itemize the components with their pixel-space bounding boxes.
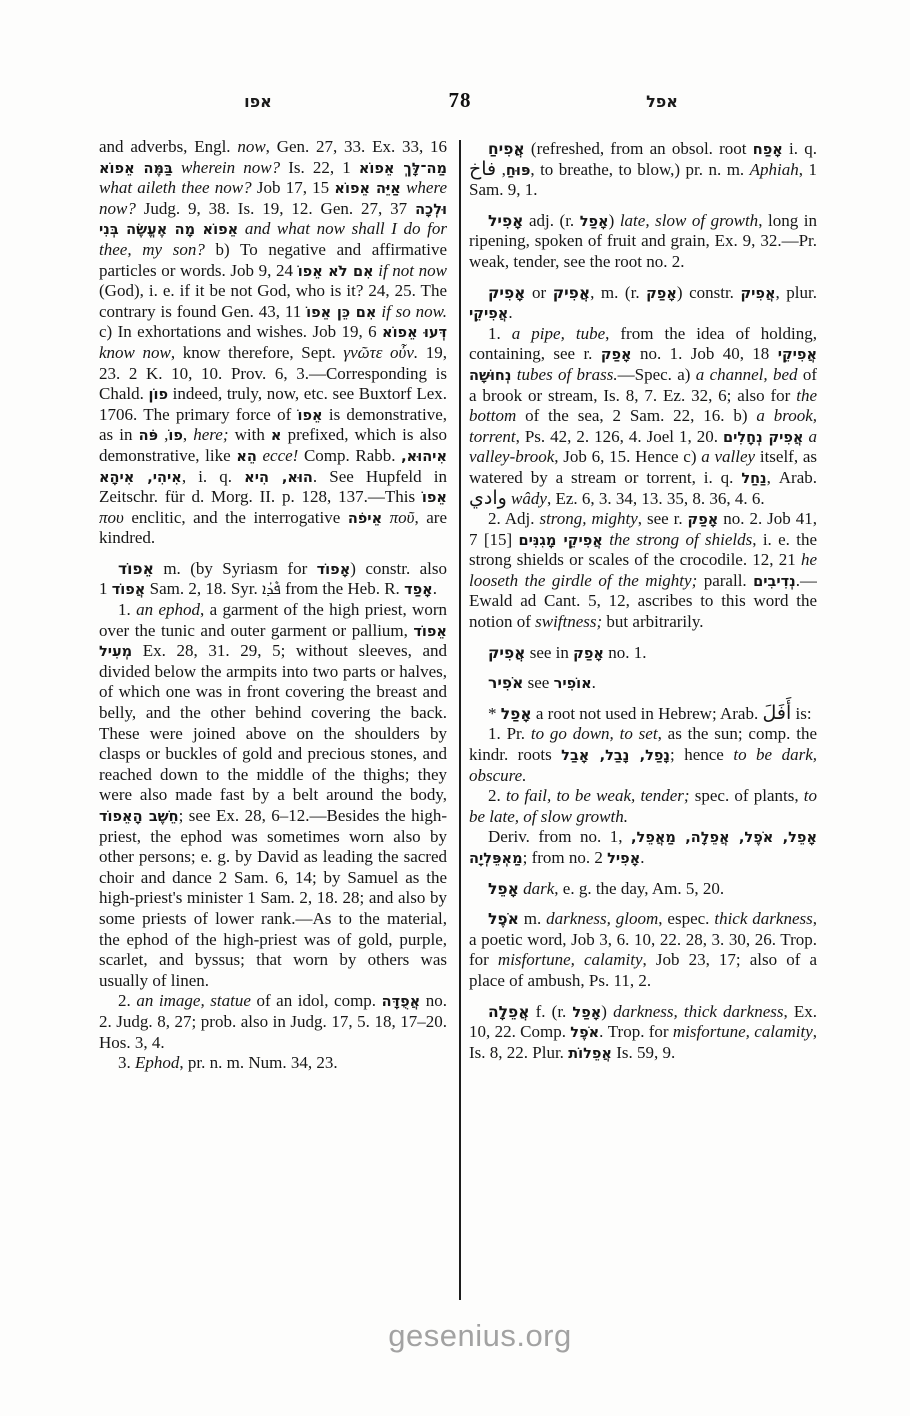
italic-text: to go down, to set: [531, 724, 658, 743]
text: ,: [158, 425, 168, 444]
text: or: [525, 283, 552, 302]
text: , Job 6, 15. Hence c): [554, 447, 701, 466]
hebrew-text: אָפַח: [753, 142, 783, 158]
hebrew-headword: אֲפִיק: [488, 644, 525, 662]
text: , espec.: [658, 909, 714, 928]
hebrew-text: אֲפִיקֵי מָגִנִּים: [519, 533, 603, 549]
hebrew-text: אֲפִיקֵי: [469, 306, 508, 322]
text: from the Heb. R.: [281, 579, 404, 598]
text: ; hence: [670, 745, 733, 764]
text: Ex. 28, 31. 29, 5; without sleeves, and …: [99, 641, 447, 804]
hebrew-text: אֵפוֹ: [422, 490, 447, 506]
text: 3.: [118, 1053, 135, 1072]
text: c) In exhortations and wishes. Job 19, 6: [99, 322, 382, 341]
text: ): [609, 211, 620, 230]
text: , Arab.: [767, 468, 817, 487]
text: m. (by Syriasm for: [154, 559, 317, 578]
text: [173, 158, 181, 177]
italic-text: darkness, gloom: [546, 909, 658, 928]
text: with: [229, 425, 271, 444]
running-head-left: אפו: [208, 92, 308, 111]
text: see in: [525, 643, 573, 662]
hebrew-text: אוֹפִיר: [554, 676, 592, 692]
hebrew-text: דְּעוּ אֵפוֹא: [382, 325, 447, 341]
italic-text: Ephod: [135, 1053, 179, 1072]
text: is:: [791, 704, 811, 723]
hebrew-headword: אֲפֵלָה: [488, 1003, 530, 1021]
text: 1. Pr.: [488, 724, 531, 743]
hebrew-text: אָפַק: [573, 646, 604, 662]
hebrew-text: אָפַד: [404, 582, 433, 598]
italic-text: swiftness;: [535, 612, 602, 631]
paragraph: 1. an ephod, a garment of the high pries…: [99, 600, 447, 991]
italic-text: dark: [523, 879, 554, 898]
italic-text: misfortune, calamity: [673, 1022, 813, 1041]
hebrew-text: אָפַל: [572, 1005, 601, 1021]
text: spec. of plants,: [690, 786, 804, 805]
italic-text: here;: [193, 425, 228, 444]
running-head-right: אפל: [612, 92, 712, 111]
italic-text: thick darkness: [714, 909, 812, 928]
text: ; from no. 2: [523, 848, 608, 867]
text: no. 1. Job 40, 18: [632, 344, 778, 363]
hebrew-text: הֵא: [236, 449, 257, 465]
hebrew-text: אִם לֹא אֵפוֹ: [298, 264, 374, 280]
arabic-text: فاخ: [469, 158, 496, 180]
page-number: 78: [415, 88, 505, 113]
text: f. (r.: [530, 1002, 573, 1021]
text: ) constr. also: [350, 559, 447, 578]
text: Comp. Rabb.: [298, 446, 401, 465]
paragraph: אֹפִיר see אוֹפִיר.: [469, 673, 817, 694]
text: Job 17, 15: [252, 178, 335, 197]
paragraph: 2. Adj. strong, mighty, see r. אָפַק no.…: [469, 509, 817, 633]
paragraph: אֲפִיק see in אָפַק no. 1.: [469, 643, 817, 664]
hebrew-text: אַיֵּה אֵפוֹא: [334, 181, 400, 197]
hebrew-headword: אֹפֶל: [488, 910, 519, 928]
hebrew-text: אֵיפֹה: [348, 511, 382, 527]
hebrew-text: פּוּחַ: [506, 163, 530, 179]
greek-text: γνῶτε οὖν.: [343, 343, 418, 362]
text: 1.: [488, 324, 512, 343]
italic-text: an image, statue: [136, 991, 251, 1010]
text: ) constr.: [677, 283, 741, 302]
paragraph: 2. to fail, to be weak, tender; spec. of…: [469, 786, 817, 827]
italic-text: a pipe, tube: [512, 324, 605, 343]
hebrew-text: אָפַק: [601, 347, 632, 363]
hebrew-text: חֵשֶׁב הָאֵפוֹד: [99, 809, 179, 825]
text: ; see Ex. 28, 6–12.—Besides the high-pri…: [99, 806, 447, 990]
arabic-text: أَفَلَ: [762, 702, 791, 724]
paragraph: * אָפַל a root not used in Hebrew; Arab.…: [469, 704, 817, 725]
syriac-text: ܦܶܕܳܐ: [262, 580, 281, 598]
text: 1.: [118, 600, 136, 619]
hebrew-text: הוּא, הִיא: [244, 470, 313, 486]
hebrew-headword: אָפֵל: [488, 880, 519, 898]
italic-text: ecce!: [262, 446, 298, 465]
text: , e. g. the day, Am. 5, 20.: [554, 879, 724, 898]
text: parall.: [697, 571, 753, 590]
hebrew-text: פוֹן: [149, 387, 169, 403]
paragraph: Deriv. from no. 1, אָפֵל, אֹפֶל, אֲפֵלָה…: [469, 827, 817, 868]
text: i. q.: [783, 139, 817, 158]
italic-text: Aphiah: [750, 160, 799, 179]
hebrew-headword: אֵפוֹד: [118, 560, 154, 578]
text: Is. 59, 9.: [612, 1043, 675, 1062]
text: ,: [496, 160, 506, 179]
paragraph: אֵפוֹד m. (by Syriasm for אָפוֹד) constr…: [99, 559, 447, 600]
text: adj. (r.: [523, 211, 579, 230]
hebrew-headword: אֲפִיחַ: [488, 140, 525, 158]
italic-text: tubes of brass.: [517, 365, 618, 384]
arabic-text: وادي: [469, 487, 507, 509]
text: 2.: [488, 786, 506, 805]
paragraph: and adverbs, Engl. now, Gen. 27, 33. Ex.…: [99, 137, 447, 549]
italic-text: wherein now?: [181, 158, 280, 177]
text: and adverbs, Engl.: [99, 137, 237, 156]
paragraph: אָפֵל dark, e. g. the day, Am. 5, 20.: [469, 879, 817, 900]
hebrew-text: אָפַק: [646, 286, 677, 302]
italic-text: to fail, to be weak, tender;: [506, 786, 690, 805]
text: , know therefore, Sept.: [171, 343, 344, 362]
italic-text: what aileth thee now?: [99, 178, 252, 197]
hebrew-headword: אָפִיל: [488, 212, 523, 230]
italic-text: if not now: [378, 261, 447, 280]
italic-text: a valley: [701, 447, 755, 466]
greek-text: ποῦ: [390, 508, 415, 527]
italic-text: know now: [99, 343, 171, 362]
hebrew-text: נָפַל, נָבַל, אָבַל: [561, 748, 670, 764]
italic-text: wâdy: [511, 489, 547, 508]
text: , Ez. 6, 3. 34, 13. 35, 8. 36, 4. 6.: [547, 489, 765, 508]
greek-text: που: [99, 508, 124, 527]
text: , plur.: [776, 283, 817, 302]
italic-text: darkness, thick darkness: [613, 1002, 783, 1021]
italic-text: now: [237, 137, 265, 156]
hebrew-text: בַּמֶּה אֵפוֹא: [99, 161, 173, 177]
scanned-lexicon-page: אפו 78 אפל and adverbs, Engl. now, Gen. …: [0, 0, 910, 1416]
italic-text: the strong of shields: [609, 530, 752, 549]
hebrew-text: אֲפִיק: [740, 286, 775, 302]
paragraph: אֲפֵלָה f. (r. אָפַל) darkness, thick da…: [469, 1002, 817, 1064]
hebrew-text: אָפַל: [580, 214, 609, 230]
text: [238, 219, 245, 238]
text: , see r.: [638, 509, 688, 528]
text: .: [433, 579, 437, 598]
paragraph: אָפִיק or אֲפִיק, m. (r. אָפַק) constr. …: [469, 283, 817, 324]
text: Judg. 9, 38. Is. 19, 12. Gen. 27, 37: [136, 199, 415, 218]
hebrew-text: א: [271, 428, 282, 444]
paragraph: אֹפֶל m. darkness, gloom, espec. thick d…: [469, 909, 817, 991]
text: 2. Adj.: [488, 509, 539, 528]
text: , Gen. 27, 33. Ex. 33, 16: [266, 137, 447, 156]
paragraph: 1. Pr. to go down, to set, as the sun; c…: [469, 724, 817, 786]
hebrew-headword: אָפִיק: [488, 284, 525, 302]
text: .: [508, 303, 512, 322]
hebrew-text: אֲפִיק נְחָלִים: [723, 430, 804, 446]
hebrew-text: פֹּה: [139, 428, 159, 444]
text: , Ps. 42, 2. 126, 4. Joel 1, 20.: [516, 427, 723, 446]
text: m.: [519, 909, 546, 928]
hebrew-text: אֵפוֹ: [298, 408, 323, 424]
hebrew-text: אֲפֻדָּה: [382, 994, 421, 1010]
hebrew-text: אֹפֶל: [570, 1025, 599, 1041]
hebrew-headword: אֲפִיק: [553, 284, 590, 302]
text: no. 1.: [604, 643, 647, 662]
text: .: [592, 673, 596, 692]
text: of an idol, comp.: [251, 991, 382, 1010]
hebrew-text: אֲפֵלוֹת: [568, 1046, 612, 1062]
text: , pr. n. m. Num. 34, 23.: [179, 1053, 337, 1072]
hebrew-text: אָפַק: [688, 512, 719, 528]
italic-text: if so now.: [381, 302, 447, 321]
text: ): [601, 1002, 613, 1021]
hebrew-text: אֲפוֹד: [112, 582, 146, 598]
paragraph: 2. an image, statue of an idol, comp. אֲ…: [99, 991, 447, 1053]
text: —Spec. a): [618, 365, 696, 384]
text: , to breathe, to blow,) pr. n. m.: [530, 160, 749, 179]
text: *: [488, 704, 501, 723]
paragraph: 1. a pipe, tube, from the idea of holdin…: [469, 324, 817, 509]
left-column: and adverbs, Engl. now, Gen. 27, 33. Ex.…: [99, 137, 447, 1312]
text: .: [640, 848, 644, 867]
hebrew-text: אִם כֵּן אֵפוֹ: [306, 305, 376, 321]
text: [382, 508, 390, 527]
paragraph: 3. Ephod, pr. n. m. Num. 34, 23.: [99, 1053, 447, 1074]
hebrew-text: נְדִיבִים: [753, 574, 796, 590]
text: enclitic, and the interrogative: [124, 508, 348, 527]
hebrew-text: פוֹ: [168, 428, 183, 444]
paragraph: אָפִיל adj. (r. אָפַל) late, slow of gro…: [469, 211, 817, 273]
text: (refreshed, from an obsol. root: [525, 139, 753, 158]
hebrew-text: מַה־לָּךְ אֵפוֹא: [359, 161, 447, 177]
text: a root not used in Hebrew; Arab.: [532, 704, 763, 723]
italic-text: an ephod: [136, 600, 200, 619]
text: Is. 22, 1: [280, 158, 359, 177]
italic-text: strong, mighty: [539, 509, 637, 528]
text: 2.: [118, 991, 136, 1010]
hebrew-text: אָפִיל: [607, 851, 640, 867]
text: Deriv. from no. 1,: [488, 827, 631, 846]
watermark: gesenius.org: [0, 1318, 910, 1354]
hebrew-text: אָפוֹד: [317, 562, 351, 578]
text: , m. (r.: [590, 283, 646, 302]
hebrew-headword: אֹפִיר: [488, 674, 523, 692]
hebrew-headword: אָפַל: [501, 705, 532, 723]
text: ,: [183, 425, 193, 444]
paragraph: אֲפִיחַ (refreshed, from an obsol. root …: [469, 139, 817, 201]
right-column: אֲפִיחַ (refreshed, from an obsol. root …: [469, 137, 817, 1312]
text: but arbitrarily.: [602, 612, 703, 631]
text: of the sea, 2 Sam. 22, 16. b): [516, 406, 756, 425]
hebrew-text: נַחַל: [741, 471, 766, 487]
text: see: [523, 673, 553, 692]
italic-text: a channel, bed: [696, 365, 798, 384]
text: . Trop. for: [599, 1022, 673, 1041]
text: , i. q.: [182, 467, 244, 486]
italic-text: late, slow of growth: [620, 211, 758, 230]
text-columns: and adverbs, Engl. now, Gen. 27, 33. Ex.…: [99, 137, 817, 1312]
italic-text: misfortune, calamity: [498, 950, 643, 969]
